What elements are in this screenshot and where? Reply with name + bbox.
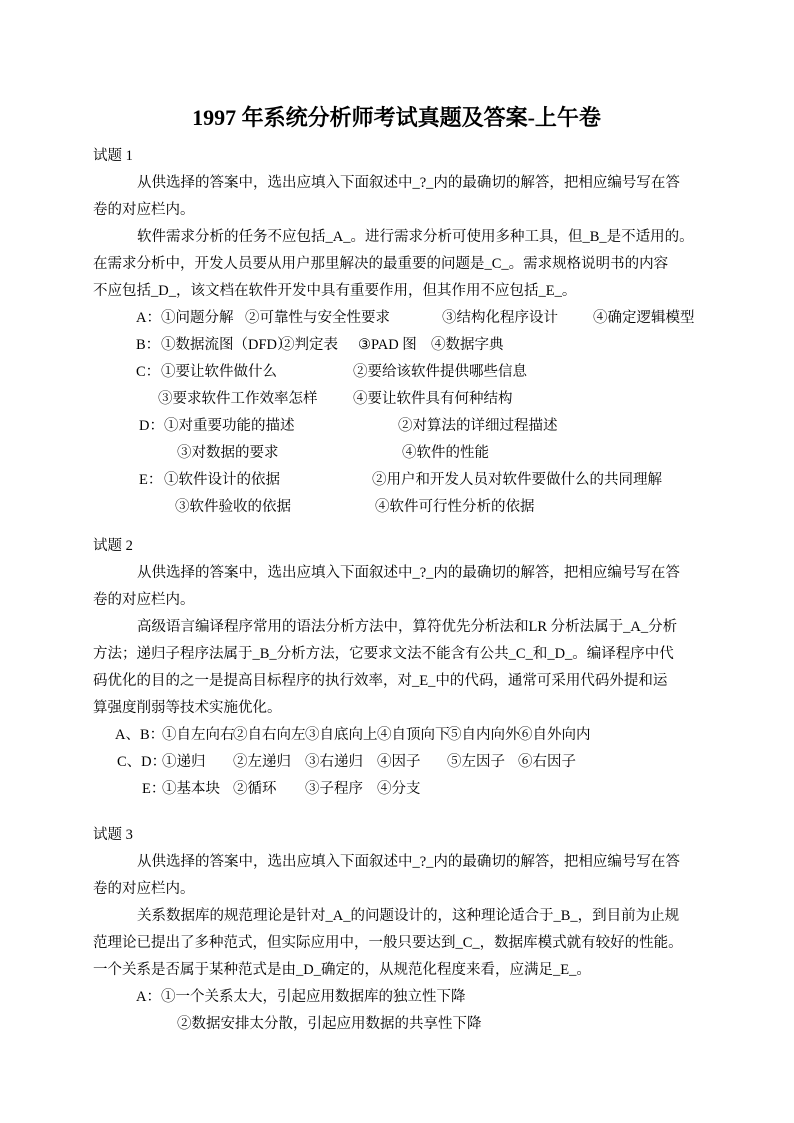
q2-option-e-item-4: ④分支 xyxy=(377,776,421,803)
q1-option-row-e: E： ①软件设计的依据 ②用户和开发人员对软件要做什么的共同理解 xyxy=(93,467,700,494)
q2-option-ab-label: A、B： xyxy=(115,722,164,749)
q2-option-ab-item-4: ④自顶向下 xyxy=(377,722,450,749)
q1-option-e-item-3: ③软件验收的依据 xyxy=(175,494,291,521)
q2-body-line-2: 方法；递归子程序法属于_B_分析方法，它要求文法不能含有公共_C_和_D_。编译… xyxy=(93,641,700,668)
q2-option-cd-item-3: ③右递归 xyxy=(305,749,363,776)
question-3-heading: 试题 3 xyxy=(93,822,700,849)
q1-intro-line-1: 从供选择的答案中，选出应填入下面叙述中_?_内的最确切的解答，把相应编号写在答 xyxy=(93,170,700,197)
q3-body-line-1: 关系数据库的规范理论是针对_A_的问题设计的，这种理论适合于_B_，到目前为止规 xyxy=(93,903,700,930)
section-question-2: 试题 2 从供选择的答案中，选出应填入下面叙述中_?_内的最确切的解答，把相应编… xyxy=(93,533,700,803)
q1-body-line-3: 不应包括_D_，该文档在软件开发中具有重要作用，但其作用不应包括_E_。 xyxy=(93,278,700,305)
q3-option-row-a2: ②数据安排太分散，引起应用数据的共享性下降 xyxy=(93,1011,700,1038)
q1-option-row-e2: ③软件验收的依据 ④软件可行性分析的依据 xyxy=(93,494,700,521)
q3-option-row-a: A： ①一个关系太大，引起应用数据库的独立性下降 xyxy=(93,984,700,1011)
q1-option-b-label: B： xyxy=(136,332,160,359)
q1-body-line-1: 软件需求分析的任务不应包括_A_。进行需求分析可使用多种工具，但_B_是不适用的… xyxy=(93,224,700,251)
q1-option-c-item-3: ③要求软件工作效率怎样 xyxy=(158,386,318,413)
q1-body-line-2: 在需求分析中，开发人员要从用户那里解决的最重要的问题是_C_。需求规格说明书的内… xyxy=(93,251,700,278)
q1-option-e-label: E： xyxy=(139,467,162,494)
q2-option-ab-item-1: ①自左向右 xyxy=(162,722,235,749)
q2-option-ab-item-2: ②自右向左 xyxy=(233,722,306,749)
q1-option-e-item-1: ①软件设计的依据 xyxy=(164,467,280,494)
q2-body-line-4: 算强度削弱等技术实施优化。 xyxy=(93,695,700,722)
q2-body-line-1: 高级语言编译程序常用的语法分析方法中，算符优先分析法和LR 分析法属于_A_分析 xyxy=(93,614,700,641)
q1-option-c-item-1: ①要让软件做什么 xyxy=(161,359,277,386)
q3-body-line-2: 范理论已提出了多种范式，但实际应用中，一般只要达到_C_，数据库模式就有较好的性… xyxy=(93,930,700,957)
q2-intro-line-1: 从供选择的答案中，选出应填入下面叙述中_?_内的最确切的解答，把相应编号写在答 xyxy=(93,560,700,587)
document-title: 1997 年系统分析师考试真题及答案-上午卷 xyxy=(93,104,700,131)
q2-option-cd-label: C、D： xyxy=(117,749,166,776)
q1-option-e-item-2: ②用户和开发人员对软件要做什么的共同理解 xyxy=(372,467,662,494)
q1-option-row-c2: ③要求软件工作效率怎样 ④要让软件具有何种结构 xyxy=(93,386,700,413)
q2-option-row-cd: C、D： ①递归 ②左递归 ③右递归 ④因子 ⑤左因子 ⑥右因子 xyxy=(93,749,700,776)
q2-option-row-e: E： ①基本块 ②循环 ③子程序 ④分支 xyxy=(93,776,700,803)
q2-option-e-item-3: ③子程序 xyxy=(305,776,363,803)
section-question-1: 试题 1 从供选择的答案中，选出应填入下面叙述中_?_内的最确切的解答，把相应编… xyxy=(93,143,700,521)
q1-option-a-item-4: ④确定逻辑模型 xyxy=(593,305,695,332)
q1-intro-line-2: 卷的对应栏内。 xyxy=(93,197,700,224)
q2-option-row-ab: A、B： ①自左向右 ②自右向左 ③自底向上 ④自顶向下 ⑤自内向外 ⑥自外向内 xyxy=(93,722,700,749)
q1-option-b-item-1: ①数据流图（DFD） xyxy=(161,332,292,359)
q2-body-line-3: 码优化的目的之一是提高目标程序的执行效率，对_E_中的代码，通常可采用代码外提和… xyxy=(93,668,700,695)
q2-option-cd-item-2: ②左递归 xyxy=(233,749,291,776)
q1-option-c-item-4: ④要让软件具有何种结构 xyxy=(353,386,513,413)
q1-option-d-label: D： xyxy=(139,413,164,440)
q2-option-cd-item-1: ①递归 xyxy=(162,749,206,776)
q3-intro-line-2: 卷的对应栏内。 xyxy=(93,876,700,903)
q3-option-a-label: A： xyxy=(136,984,161,1011)
q1-option-d-item-4: ④软件的性能 xyxy=(402,440,489,467)
q1-option-a-item-3: ③结构化程序设计 xyxy=(442,305,558,332)
q1-option-a-item-1: ①问题分解 xyxy=(161,305,234,332)
question-1-heading: 试题 1 xyxy=(93,143,700,170)
question-2-heading: 试题 2 xyxy=(93,533,700,560)
q1-option-row-a: A： ①问题分解 ②可靠性与安全性要求 ③结构化程序设计 ④确定逻辑模型 xyxy=(93,305,700,332)
document-page: 1997 年系统分析师考试真题及答案-上午卷 试题 1 从供选择的答案中，选出应… xyxy=(0,0,794,1123)
q1-option-d-item-1: ①对重要功能的描述 xyxy=(164,413,295,440)
q1-option-b-item-2: ②判定表 xyxy=(280,332,338,359)
q2-option-cd-item-4: ④因子 xyxy=(377,749,421,776)
q1-option-c-item-2: ②要给该软件提供哪些信息 xyxy=(353,359,527,386)
q2-option-cd-item-6: ⑥右因子 xyxy=(518,749,576,776)
q2-option-e-item-1: ①基本块 xyxy=(162,776,220,803)
q1-option-d-item-2: ②对算法的详细过程描述 xyxy=(398,413,558,440)
q3-body-line-3: 一个关系是否属于某种范式是由_D_确定的，从规范化程度来看，应满足_E_。 xyxy=(93,957,700,984)
q1-option-b-item-3: ③PAD 图 xyxy=(358,332,417,359)
q2-intro-line-2: 卷的对应栏内。 xyxy=(93,587,700,614)
q2-option-e-item-2: ②循环 xyxy=(233,776,277,803)
q2-option-ab-item-3: ③自底向上 xyxy=(305,722,378,749)
q3-intro-line-1: 从供选择的答案中，选出应填入下面叙述中_?_内的最确切的解答，把相应编号写在答 xyxy=(93,849,700,876)
q1-option-c-label: C： xyxy=(136,359,160,386)
q1-option-b-item-4: ④数据字典 xyxy=(431,332,504,359)
q1-option-d-item-3: ③对数据的要求 xyxy=(177,440,279,467)
q1-option-row-d: D： ①对重要功能的描述 ②对算法的详细过程描述 xyxy=(93,413,700,440)
q3-option-a-item-1: ①一个关系太大，引起应用数据库的独立性下降 xyxy=(161,984,466,1011)
q1-option-a-label: A： xyxy=(136,305,161,332)
section-question-3: 试题 3 从供选择的答案中，选出应填入下面叙述中_?_内的最确切的解答，把相应编… xyxy=(93,822,700,1038)
q1-option-a-item-2: ②可靠性与安全性要求 xyxy=(245,305,390,332)
q2-option-cd-item-5: ⑤左因子 xyxy=(447,749,505,776)
q1-option-row-d2: ③对数据的要求 ④软件的性能 xyxy=(93,440,700,467)
q1-option-row-c: C： ①要让软件做什么 ②要给该软件提供哪些信息 xyxy=(93,359,700,386)
q2-option-ab-item-5: ⑤自内向外 xyxy=(447,722,520,749)
q1-option-row-b: B： ①数据流图（DFD） ②判定表 ③PAD 图 ④数据字典 xyxy=(93,332,700,359)
q1-option-e-item-4: ④软件可行性分析的依据 xyxy=(375,494,535,521)
q3-option-a-item-2: ②数据安排太分散，引起应用数据的共享性下降 xyxy=(177,1011,482,1038)
q2-option-ab-item-6: ⑥自外向内 xyxy=(518,722,591,749)
